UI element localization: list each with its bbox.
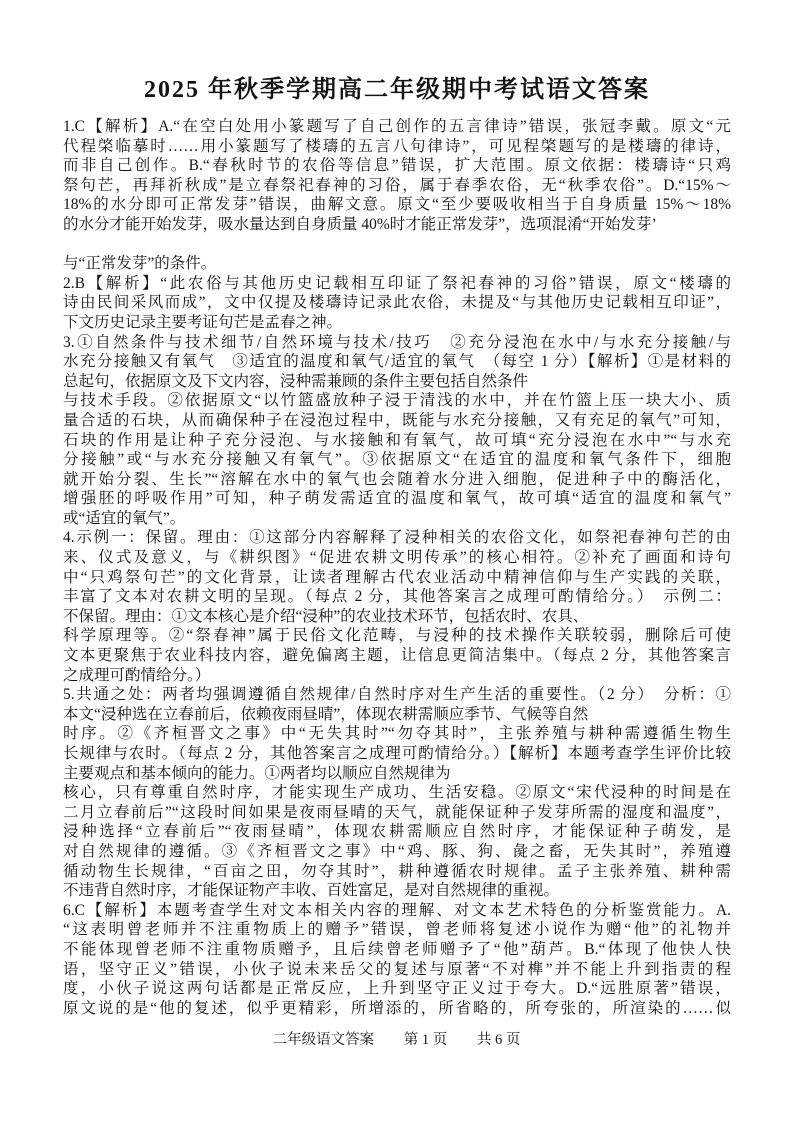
answer-text-line: 总起句，依据原文及下文内容，浸种需兼顾的条件主要包括自然条件 — [63, 372, 731, 392]
answer-text-line: 循动物生长规律，“百亩之田，勿夺其时”，耕种遵循农时规律。孟子主张养殖、耕种需 — [63, 862, 731, 882]
answer-text-line: 1.C【解析】A.“在空白处用小篆题写了自己创作的五言律诗”错误，张冠李戴。原文… — [63, 117, 731, 137]
answer-text-line: 诗由民间采风而成”，文中仅提及楼璹诗记录此农俗，未提及“与其他历史记载相互印证”… — [63, 293, 731, 313]
answer-text-line: 2.B【解析】“此农俗与其他历史记载相互印证了祭祀春神的习俗”错误，原文“楼璹的 — [63, 274, 731, 294]
answer-text-line: 时序。②《齐桓晋文之事》中“无失其时”“勿夺其时”，主张养殖与耕种需遵循生物生 — [63, 724, 731, 744]
answer-text-line: 长规律与农时。（每点 2 分，其他答案言之成理可酌情给分。）【解析】本题考查学生… — [63, 744, 731, 764]
answer-text-line: 与“正常发芽”的条件。 — [63, 254, 731, 274]
answer-text-line: 文本更聚焦于农业科技内容，避免偏离主题，让信息更简洁集中。（每点 2 分，其他答… — [63, 646, 731, 666]
answer-text-line: 或“适宜的氧气”。 — [63, 509, 731, 529]
footer-page-total: 共 6 页 — [477, 1032, 521, 1048]
answer-text-line: 而非自己创作。B.“春秋时节的农俗等信息”错误，扩大范围。原文依据：楼璹诗“只鸡 — [63, 156, 731, 176]
answer-text-line: 量合适的石块，从而确保种子在浸泡过程中，既能与水充分接触，又有充足的氧气”可知， — [63, 411, 731, 431]
answer-text-line: 下文历史记录主要考证句芒是孟春之神。 — [63, 313, 731, 333]
answer-text-line: 主要观点和基本倾向的能力。①两者均以顺应自然规律为 — [63, 764, 731, 784]
answer-text-line: 与技术手段。②依据原文“以竹篮盛放种子浸于清浅的水中，并在竹篮上压一块大小、质 — [63, 391, 731, 411]
answer-text-line: 语，坚守正义”错误，小伙子说未来岳父的复述与原著“不对榫”并不能上升到指责的程 — [63, 960, 731, 980]
footer-page-number: 第 1 页 — [404, 1032, 448, 1048]
answer-text-line: 科学原理等。②“祭春神”属于民俗文化范畴，与浸种的技术操作关联较弱，删除后可使 — [63, 626, 731, 646]
answer-text-line: 5.共通之处：两者均强调遵循自然规律/自然时序对生产生活的重要性。（2 分） 分… — [63, 685, 731, 705]
answer-text-line: 二月立春前后”“这段时间如果是夜雨昼晴的天气，就能保证种子发芽所需的湿度和温度”… — [63, 803, 731, 823]
answer-text-line: 不保留。理由：①文本核心是介绍“浸种”的农业技术环节，包括农时、农具、 — [63, 607, 731, 627]
answer-text-line: 浸种选择“立春前后”“夜雨昼晴”，体现农耕需顺应自然时序，才能保证种子萌发，是 — [63, 822, 731, 842]
exam-answer-page: 2025 年秋季学期高二年级期中考试语文答案 1.C【解析】A.“在空白处用小篆… — [0, 0, 793, 1122]
answer-text-line: 本文“浸种选在立春前后，依赖夜雨昼晴”，体现农耕需顺应季节、气候等自然 — [63, 705, 731, 725]
blank-line — [63, 235, 731, 255]
answer-text-line: 代程棨临摹时……用小篆题写了楼璹的五言八句律诗”，可见程棨题写的是楼璹的律诗， — [63, 137, 731, 157]
answer-text-line: 度，小伙子说这两句话都是正常反应，上升到坚守正义过于夸大。D.“远胜原著”错误， — [63, 979, 731, 999]
answer-text-line: 祭句芒，再拜祈秋成”是立春祭祀春神的习俗，属于春季农俗，无“秋季农俗”。D.“1… — [63, 176, 731, 196]
answer-text-line: 3.①自然条件与技术细节/自然环境与技术/技巧 ②充分浸泡在水中/与水充分接触/… — [63, 333, 731, 353]
answer-text-line: 水充分接触又有氧气 ③适宜的温度和氧气/适宜的氧气 （每空 1 分）【解析】①是… — [63, 352, 731, 372]
answer-text-line: 来、仪式及意义，与《耕织图》“促进农耕文明传承”的核心相符。②补充了画面和诗句 — [63, 548, 731, 568]
answer-text-line: “这表明曾老师并不注重物质上的赠予”错误，曾老师将复述小说作为赠“他”的礼物并 — [63, 920, 731, 940]
answer-text-line: 原文说的是“他的复述，似乎更精彩，所增添的，所省略的，所夸张的，所渲染的……似 — [63, 999, 731, 1019]
answer-text-line: 中“只鸡祭句芒”的文化背景，让读者理解古代农业活动中精神信仰与生产实践的关联， — [63, 568, 731, 588]
answer-text-line: 之成理可酌情给分。） — [63, 666, 731, 686]
answer-text-line: 6.C【解析】本题考查学生对文本相关内容的理解、对文本艺术特色的分析鉴赏能力。A… — [63, 901, 731, 921]
answer-text-line: 石块的作用是让种子充分浸泡、与水接触和有氧气，故可填“充分浸泡在水中”“与水充 — [63, 431, 731, 451]
page-footer: 二年级语文答案 第 1 页 共 6 页 — [0, 1028, 793, 1049]
answer-text-line: 对自然规律的遵循。③《齐桓晋文之事》中“鸡、豚、狗、彘之畜，无失其时”，养殖遵 — [63, 842, 731, 862]
answer-text-line: 分接触”或“与水充分接触又有氧气”。③依据原文“在适宜的温度和氧气条件下，细胞 — [63, 450, 731, 470]
answer-text-line: 不能体现曾老师不注重物质赠予，且后续曾老师赠予了“他”葫芦。B.“体现了他快人快 — [63, 940, 731, 960]
answer-body: 1.C【解析】A.“在空白处用小篆题写了自己创作的五言律诗”错误，张冠李戴。原文… — [63, 117, 731, 1018]
answer-text-line: 就开始分裂、生长”“溶解在水中的氧气也会随着水分进入细胞，促进种子中的酶活化， — [63, 470, 731, 490]
answer-text-line: 增强胚的呼吸作用”可知，种子萌发需适宜的温度和氧气，故可填“适宜的温度和氧气” — [63, 489, 731, 509]
answer-text-line: 的水分才能开始发芽，吸水量达到自身质量 40%时才能正常发芽”，选项混淆“开始发… — [63, 215, 731, 235]
answer-text-line: 18%的水分即可正常发芽”错误，曲解文意。原文“至少要吸收相当于自身质量 15%… — [63, 195, 731, 215]
answer-text-line: 核心，只有尊重自然时序，才能实现生产成功、生活安稳。②原文“宋代浸种的时间是在 — [63, 783, 731, 803]
footer-doc-label: 二年级语文答案 — [273, 1032, 375, 1048]
page-title: 2025 年秋季学期高二年级期中考试语文答案 — [63, 74, 731, 107]
answer-text-line: 丰富了文本对农耕文明的呈现。（每点 2 分，其他答案言之成理可酌情给分。） 示例… — [63, 587, 731, 607]
answer-text-line: 4.示例一：保留。理由：①这部分内容解释了浸种相关的农俗文化，如祭祀春神句芒的由 — [63, 528, 731, 548]
answer-text-line: 不违背自然时序，才能保证物产丰收、百姓富足，是对自然规律的重视。 — [63, 881, 731, 901]
